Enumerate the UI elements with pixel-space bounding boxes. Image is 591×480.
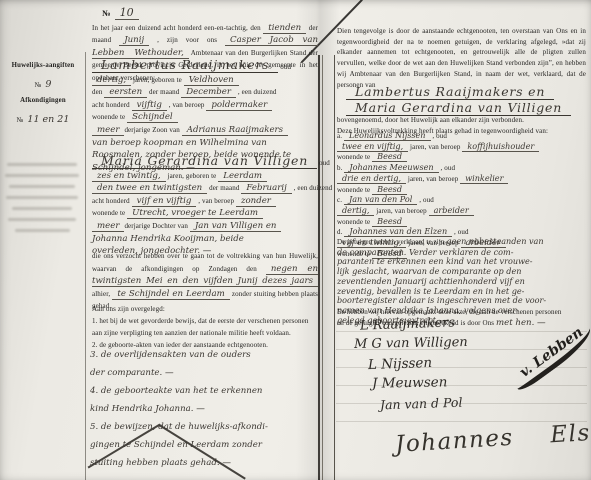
printed-text: jaren, van beroep [374,207,428,215]
handwritten-text: 5. de bewijzen, dat de huwelijks-afkondi… [90,422,268,432]
marriage-record-scan: Huwelijks-aangiften № 9 Afkondigingen № … [0,0,591,480]
handwritten-number: 9 [45,79,51,90]
handwritten-text: boorteregister aldaar is ingeschreven me… [337,295,546,305]
number-label: № [17,116,24,124]
handwritten-text: twee en vijftig, [337,141,408,152]
handwritten-text: Leerdam [218,171,267,182]
printed-text: derjarige Zoon van [124,126,181,134]
printed-text: wonende te [337,186,372,194]
printed-text: , een duizend [236,88,277,96]
printed-text: acht honderd [92,197,132,205]
handwritten-text: van beroep koopman en Wilhelmina van [92,138,267,148]
handwritten-text: zeventig, bevallen is te Leerdam en in h… [337,286,524,296]
handwritten-text: Jan van Villigen en [190,221,282,232]
handwritten-text: stuiting hebben plaats gehad. — [90,458,231,468]
handwritten-documents-list: 3. de overlijdensakten van de oudersder … [90,345,326,471]
printed-text: , zijn voor ons [149,36,225,44]
number-label: № [35,81,42,89]
handwritten-text: meer [92,125,124,136]
handwritten-text: geen nabestaanden van [446,236,543,246]
handwritten-text: vijf en vijftig [132,196,197,207]
handwritten-text: tienden [263,23,306,34]
handwritten-text: Johanna Hendrika Kooijman, beide [92,234,244,244]
bleed-through-text [3,163,81,240]
act-number: № 10 [102,3,139,21]
printed-text: bovengenoemd, door het Huwelijk aan elka… [337,116,524,124]
margin-title: Huwelijks-aangiften [2,62,84,69]
handwritten-text: kind Hendrika Johanna. — [90,404,205,414]
declaration-paragraph: Dien tengevolge is door de aanstaande ec… [337,25,586,89]
handwritten-text: dertig, [92,75,131,86]
handwritten-text: Beesd [372,216,407,227]
printed-text: wonende te [92,209,127,217]
handwritten-text: Maria Gerardina van Villigen [92,153,317,169]
handwritten-text: Adrianus Raaijmakers [182,125,288,136]
handwritten-number: 11 en 21 [27,114,69,125]
printed-text: 1. het bij de wet gevorderde bewijs, dat… [92,317,308,325]
printed-text: jaren, van beroep [406,175,460,183]
printed-text: Dien tengevolge is door de aanstaande ec… [337,27,586,89]
handwritten-text: winkelier [460,173,508,184]
handwritten-text: Lambertus Raaijmakers [92,57,278,73]
handwritten-text: Junij [119,35,149,46]
signature-official: v. Lebben [507,320,591,394]
printed-text: a. [337,132,344,140]
printed-text: acht honderd [92,101,132,109]
handwritten-text: Leonardus Nijssen [344,130,431,141]
printed-text: , oud [431,132,447,140]
handwritten-text: December [181,87,236,98]
handwritten-text: Utrecht, vroeger te Leerdam [127,208,263,219]
printed-text: , oud [417,196,433,204]
handwritten-text: zonder [236,196,276,207]
handwritten-text: 3. de overlijdensakten van de ouders [90,350,251,360]
handwritten-text: de comparanten. Verder verklaren de com- [337,247,513,257]
submitted-documents-list: Aan ons zijn overgelegd:1. het bij de we… [92,302,322,350]
handwritten-text: arbeider [429,205,474,216]
printed-text: wonende te [337,153,372,161]
printed-text: oud [278,63,291,71]
handwritten-text: meer [92,221,124,232]
handwritten-text: gingen te Schijndel en Leerdam zonder [90,440,262,450]
printed-text: derjarige Dochter van [124,222,189,230]
handwritten-text: Februarij [241,183,291,194]
signature-witness-b: J Meuwsen [372,374,448,391]
printed-text: oud [317,159,330,167]
signature-witness-d: Johannes Elsen [394,418,591,458]
printed-text: In het jaar een duizend acht honderd een… [92,24,263,32]
handwritten-text: Schijndel [127,112,178,123]
handwritten-text: dertig, [337,205,374,216]
signature-groom: L Raaijmakers [360,315,456,333]
margin-annotations: Huwelijks-aangiften № 9 Afkondigingen № … [2,62,84,132]
handwritten-text: Beesd [372,184,407,195]
handwritten-text: zeventienden Januarij achttienhonderd vi… [337,276,525,286]
handwritten-text: paranten te erkennen een kind van het vr… [337,256,533,266]
signature-bride: M G van Willigen [354,335,468,352]
margin-number-2: № 11 en 21 [2,109,84,127]
right-column-rule [334,55,335,480]
handwritten-text: Veldhoven [184,75,239,86]
printed-text: De getuigen hebben verklaard te zijn [337,238,446,246]
signature-witness-c: Jan van d Pol [380,395,463,413]
printed-text: aan zijne verpligting ten aanzien der na… [92,329,291,337]
printed-text: jaren, van beroep [408,143,462,151]
handwritten-text: koffijhuishouder [462,141,539,152]
printed-text: jaren, geboren te [166,172,219,180]
handwritten-text: den twee en twintigsten [92,183,207,194]
handwritten-text: Johannes Meeuwsen [344,162,438,173]
handwritten-text: 4. de geboorteakte van het te erkennen [90,386,262,396]
married-couple-names: Lambertus Raaijmakers enMaria Gerardina … [346,84,571,115]
printed-text: den [92,88,104,96]
handwritten-text: poldermaker [206,100,272,111]
handwritten-text: der comparante. — [90,368,174,378]
margin-subtitle: Afkondigingen [2,97,84,104]
printed-text: alhier, [92,290,112,298]
bride-section: Maria Gerardina van Villigen oudzes en t… [92,156,324,257]
printed-text: wonende te [337,218,372,226]
act-number-value: 10 [115,6,139,20]
printed-text: wonende te [92,113,127,121]
printed-text: jaren, geboren te [131,76,184,84]
act-number-label: № [102,8,111,18]
printed-text: der maand [207,184,241,192]
signature-witness-a: L Nijssen [368,355,433,373]
printed-text: , oud [439,164,455,172]
handwritten-text: lijk geslacht, waarvan de comparante op … [337,266,521,276]
handwritten-text: drie en dertig, [337,173,406,184]
handwritten-text: Lambertus Raaijmakers en [346,84,554,100]
handwritten-text: Beesd [372,151,407,162]
margin-number: № 9 [2,74,84,92]
handwritten-text: te Schijndel en Leerdam [112,289,229,300]
margin-rule [85,52,86,480]
printed-text: , een duizend [292,184,333,192]
handwritten-text: vijftig [132,100,167,111]
printed-text: , van beroep [167,101,207,109]
printed-text: , van beroep [196,197,236,205]
handwritten-text: met hen. — [496,318,546,328]
handwritten-text: Jan van den Pol [344,194,417,205]
printed-text: Aan ons zijn overgelegd: [92,305,165,313]
printed-text: der maand [147,88,181,96]
handwritten-text: eersten [104,87,147,98]
handwritten-text: zes en twintig, [92,171,166,182]
printed-text: c. [337,196,344,204]
